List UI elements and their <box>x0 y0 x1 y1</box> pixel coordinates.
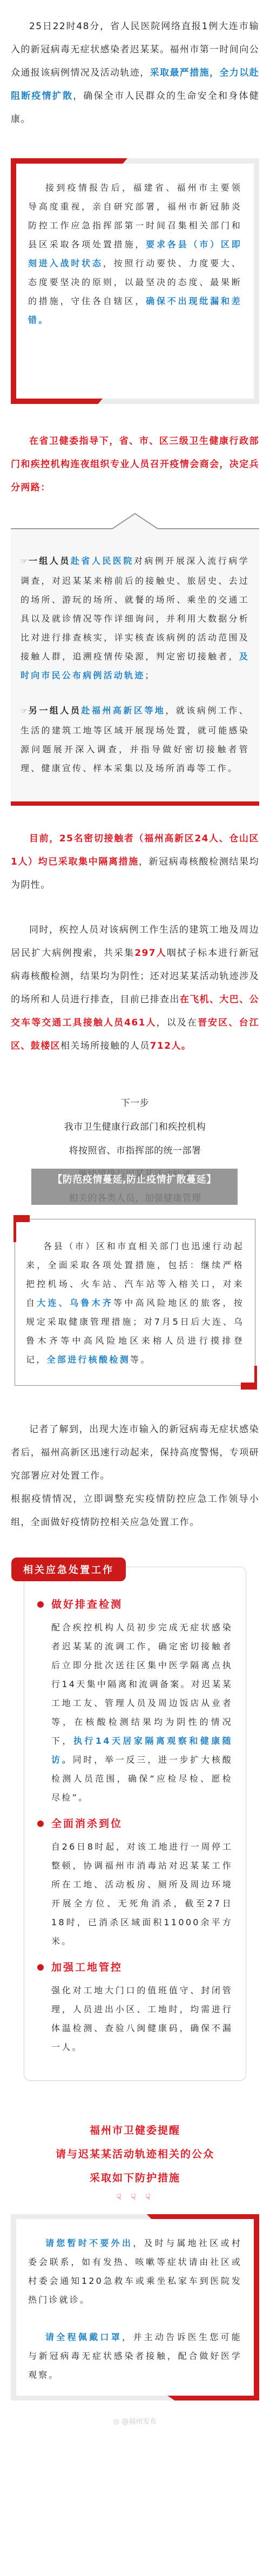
item-body-disinfection: 自26日8时起，对该工地进行一周停工整顿，协调福州市消毒站对迟某某工作所在工地、… <box>45 1837 233 1951</box>
bullet-dot-icon <box>37 1964 44 1971</box>
county-measures-box: 各县（市）区和市直相关部门也迅速行动起来，全面采取各项处置措施，包括：继续严格把… <box>15 1219 255 1386</box>
county-measures-paragraph: 各县（市）区和市直相关部门也迅速行动起来，全面采取各项处置措施，包括：继续严格把… <box>26 1237 244 1369</box>
card-tab-label: 相关应急处置工作 <box>11 1557 126 1581</box>
venue-contacts-count: 712人。 <box>150 1041 192 1051</box>
item-text-end: 同时，举一反三，进一步扩大核酸检测人员范围，确保“应检尽检、愿检尽检”。 <box>51 1755 233 1803</box>
item-title-text: 加强工地管控 <box>48 1961 123 1973</box>
contacts-paragraph: 目前，25名密切接触者（福州高新区24人、仓山区1人）均已采取集中隔离措施，新冠… <box>0 827 270 897</box>
bullet-dot-icon <box>37 1820 44 1827</box>
reporter-paragraph-2: 根据疫情情况，立即调整充实疫情防控应急工作领导小组，全面做好疫情防控相关应急处置… <box>0 1488 270 1534</box>
reminder-section: 福州市卫健委提醒 请与迟某某活动轨迹相关的公众 采取如下防护措施 ☟ ☟ ☟ <box>0 2119 270 2202</box>
item-title-text: 全面消杀到位 <box>48 1818 123 1830</box>
item-title-site-control: 加强工地管控 <box>37 1958 233 1977</box>
emergency-work-card: 相关应急处置工作 做好排查检测 配合疾控机构人员初步完成无症状感染者迟某某的流调… <box>24 1567 246 2081</box>
screening-text-4: 相关场所接触的人员 <box>60 1041 150 1051</box>
red-frame-left <box>11 158 16 404</box>
protection-measures-content: 请您暂时不要外出，及时与属地社区或村委会联系，如有发热、咳嗽等症状请由社区或村委… <box>16 2219 254 2396</box>
next-step-title: 下一步 <box>0 1091 270 1115</box>
weibo-watermark: ◎ @福州发布 <box>0 2416 270 2426</box>
leadership-paragraph: 接到疫情报告后，福建省、福州市主要领导高度重视，亲自研究部署，福州市新冠肺炎防控… <box>28 178 242 329</box>
screening-section: 同时，疾控人员对该病例工作生活的建筑工地及周边居民扩大病例搜索，共采集297人咽… <box>0 919 270 1058</box>
bullet-dot-icon <box>37 1601 44 1608</box>
watermark-text: @福州发布 <box>122 2418 157 2426</box>
group1-lead: 一组人员 <box>29 556 71 566</box>
pointing-down-icons: ☟ ☟ ☟ <box>0 2192 270 2202</box>
risk-cities-highlight: 大连、乌鲁木齐 <box>37 1298 113 1308</box>
group2-highlight: 赴福州高新区等地 <box>81 705 165 716</box>
red-frame-right <box>254 2214 259 2400</box>
next-step-section: 下一步 我市卫生健康行政部门和疾控机构 将按照省、市指挥部的统一部署 继续摸排与… <box>0 1091 270 1210</box>
screening-text-3: ，以及在 <box>157 1017 198 1028</box>
article: 25日22时48分，省人民医院网络直报1例大连市输入的新冠病毒无症状感染者迟某某… <box>0 0 270 2437</box>
group1-highlight: 赴省人民医院 <box>71 556 134 566</box>
reminder-line: 请与迟某某活动轨迹相关的公众 <box>0 2142 270 2166</box>
pointing-hand-icon: ☞ <box>21 557 28 566</box>
two-groups-content: ☞一组人员赴省人民医院对病例开展深入流行病学调查，对迟某某来榕前后的接触史、旅居… <box>11 530 259 801</box>
stay-home-highlight: 请您暂时不要外出 <box>45 2238 133 2248</box>
red-frame-bottom <box>167 2396 259 2400</box>
item-title-disinfection: 全面消杀到位 <box>37 1815 233 1833</box>
title-overlay-banner: 【防范疫情蔓延,防止疫情扩散蔓延】 <box>31 1169 238 1205</box>
group2-lead: 另一组人员 <box>29 705 82 716</box>
intro-paragraph: 25日22时48分，省人民医院网络直报1例大连市输入的新冠病毒无症状感染者迟某某… <box>0 15 270 131</box>
red-corner-bottom-right-vertical <box>254 1366 257 1390</box>
screening-paragraph: 同时，疾控人员对该病例工作生活的建筑工地及周边居民扩大病例搜索，共采集297人咽… <box>0 919 270 1058</box>
item-body-site-control: 强化对工地大门口的值班值守、封闭管理，人员进出小区、工地时，均需进行体温检测、查… <box>45 1981 233 2056</box>
item-body-testing: 配合疾控机构人员初步完成无症状感染者迟某某的流调工作，确定密切接触者后立即分批次… <box>45 1618 233 1807</box>
decision-paragraph: 在省卫健委指导下，省、市、区三级卫生健康行政部门和疾控机构连夜组织专业人员召开疫… <box>0 430 270 500</box>
protection-measures-box: 请您暂时不要外出，及时与属地社区或村委会联系，如有发热、咳嗽等症状请由社区或村委… <box>11 2214 259 2400</box>
mask-highlight: 请全程佩戴口罩 <box>45 2332 122 2342</box>
contacts-section: 目前，25名密切接触者（福州高新区24人、仓山区1人）均已采取集中隔离措施，新冠… <box>0 827 270 897</box>
reporter-paragraph-1: 记者了解到，出现大连市输入的新冠病毒无症状感染者后，福州高新区迅速行动起来，保持… <box>0 1418 270 1488</box>
group1-paragraph: ☞一组人员赴省人民医院对病例开展深入流行病学调查，对迟某某来榕前后的接触史、旅居… <box>21 551 249 685</box>
two-groups-box: ☞一组人员赴省人民医院对病例开展深入流行病学调查，对迟某某来榕前后的接触史、旅居… <box>11 511 259 806</box>
next-step-line: 将按照省、市指挥部的统一部署 <box>0 1139 270 1163</box>
testing-highlight: 全部进行核酸检测 <box>47 1354 130 1365</box>
reporter-section: 记者了解到，出现大连市输入的新冠病毒无症状感染者后，福州高新区迅速行动起来，保持… <box>0 1418 270 1534</box>
item-title-testing: 做好排查检测 <box>37 1595 233 1614</box>
red-frame-bottom <box>11 399 103 404</box>
weibo-logo-icon: ◎ <box>113 2418 122 2426</box>
red-corner-top-left-vertical <box>13 1215 16 1242</box>
group1-end: ； <box>145 670 155 680</box>
red-divider <box>11 801 259 806</box>
item-title-text: 做好排查检测 <box>48 1599 123 1610</box>
mask-paragraph: 请全程佩戴口罩，并主动告诉医生您可能与新冠病毒无症状感染者接触，配合做好医学观察… <box>28 2328 242 2384</box>
county-text-end: 等。 <box>130 1354 151 1365</box>
notch-shape <box>11 511 259 530</box>
reminder-line: 采取如下防护措施 <box>0 2166 270 2190</box>
box-notch <box>11 511 259 530</box>
group1-text: 对病例开展深入流行病学调查，对迟某某来榕前后的接触史、旅居史、去过的场所、游玩的… <box>21 556 249 662</box>
red-frame-top <box>142 2214 259 2219</box>
group2-paragraph: ☞另一组人员赴福州高新区等地，就该病例工作、生活的建筑工地等区域开展现场处置，就… <box>21 701 249 778</box>
reminder-title: 福州市卫健委提醒 <box>0 2119 270 2142</box>
pointing-hand-icon: ☞ <box>21 707 28 716</box>
red-frame-top <box>11 158 127 164</box>
decision-section: 在省卫健委指导下，省、市、区三级卫生健康行政部门和疾控机构连夜组织专业人员召开疫… <box>0 430 270 500</box>
leadership-box-content: 接到疫情报告后，福建省、福州市主要领导高度重视，亲自研究部署，福州市新冠肺炎防控… <box>16 164 254 399</box>
leadership-box: 接到疫情报告后，福建省、福州市主要领导高度重视，亲自研究部署，福州市新冠肺炎防控… <box>11 158 259 404</box>
next-step-line: 我市卫生健康行政部门和疾控机构 <box>0 1115 270 1139</box>
item-text: 配合疾控机构人员初步完成无症状感染者迟某某的流调工作，确定密切接触者后立即分批次… <box>51 1622 233 1746</box>
stay-home-paragraph: 请您暂时不要外出，及时与属地社区或村委会联系，如有发热、咳嗽等症状请由社区或村委… <box>28 2234 242 2309</box>
sampled-count: 297人 <box>134 948 167 959</box>
intro-section: 25日22时48分，省人民医院网络直报1例大连市输入的新冠病毒无症状感染者迟某某… <box>0 0 270 131</box>
